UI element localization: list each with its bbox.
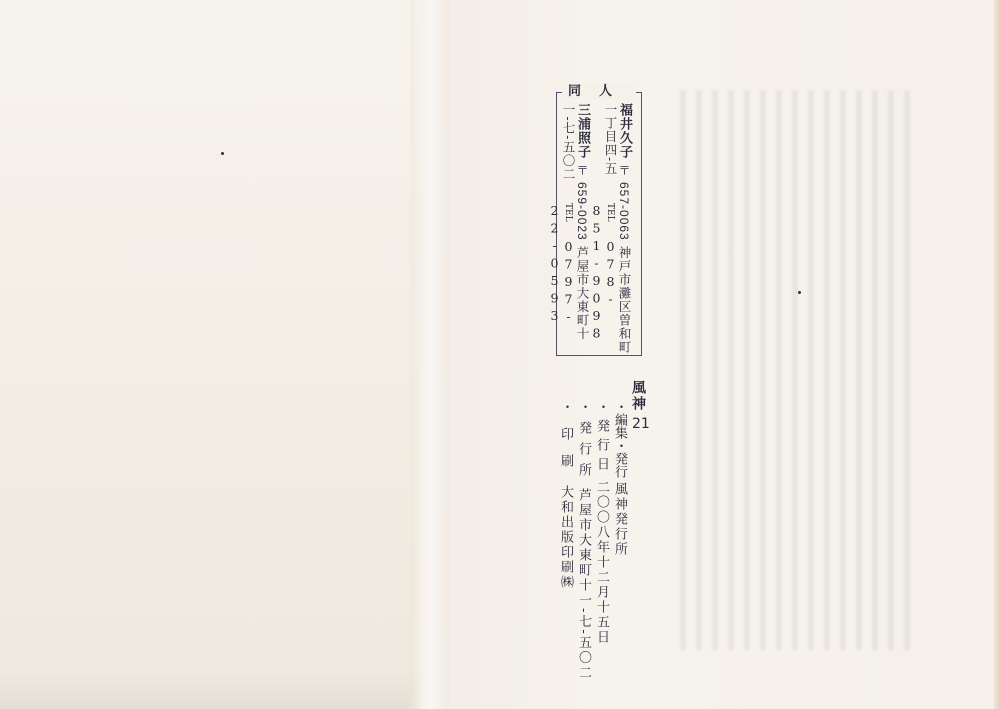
- tel-label: TEL: [563, 203, 573, 222]
- postal-mark-icon: 〒: [617, 164, 631, 177]
- member-tel: TEL 078-851-9098: [589, 203, 617, 355]
- tel-number: 0797-22-0593: [547, 203, 576, 327]
- colophon-label: ・印刷: [558, 400, 573, 481]
- postal-code: 657-0063: [617, 182, 631, 241]
- left-page-blank: [0, 0, 420, 709]
- colophon-row-date: ・発行日 二〇〇八年十二月十五日: [594, 400, 623, 645]
- tel-label: TEL: [605, 203, 615, 222]
- spine-gutter: [410, 0, 450, 709]
- colophon-row-printer: ・印刷 大和出版印刷㈱: [558, 400, 575, 590]
- member-name: 福井久子: [617, 103, 632, 159]
- member-name: 三浦照子: [575, 103, 590, 159]
- paper-speck: [798, 291, 801, 294]
- colophon-row-office: ・発行所 芦屋市大東町十一-七-五〇二: [576, 400, 597, 681]
- member-tel: TEL 0797-22-0593: [547, 203, 575, 355]
- postal-mark-icon: 〒: [575, 164, 589, 177]
- postal-code: 659-0023: [575, 182, 589, 241]
- paper-speck: [221, 152, 224, 155]
- members-box: 同人 福井久子 〒 657-0063 神戸市灘区曽和町一丁目四-五 TEL 07…: [556, 92, 642, 356]
- members-box-title: 同人: [562, 84, 636, 100]
- colophon-label: ・発行所: [576, 400, 591, 484]
- colophon-value: 芦屋市大東町十一-七-五〇二: [576, 488, 591, 681]
- show-through-text: [680, 90, 910, 650]
- colophon-value: 大和出版印刷㈱: [558, 485, 573, 590]
- book-spread: 同人 福井久子 〒 657-0063 神戸市灘区曽和町一丁目四-五 TEL 07…: [0, 0, 1000, 709]
- tel-number: 078-851-9098: [589, 203, 618, 343]
